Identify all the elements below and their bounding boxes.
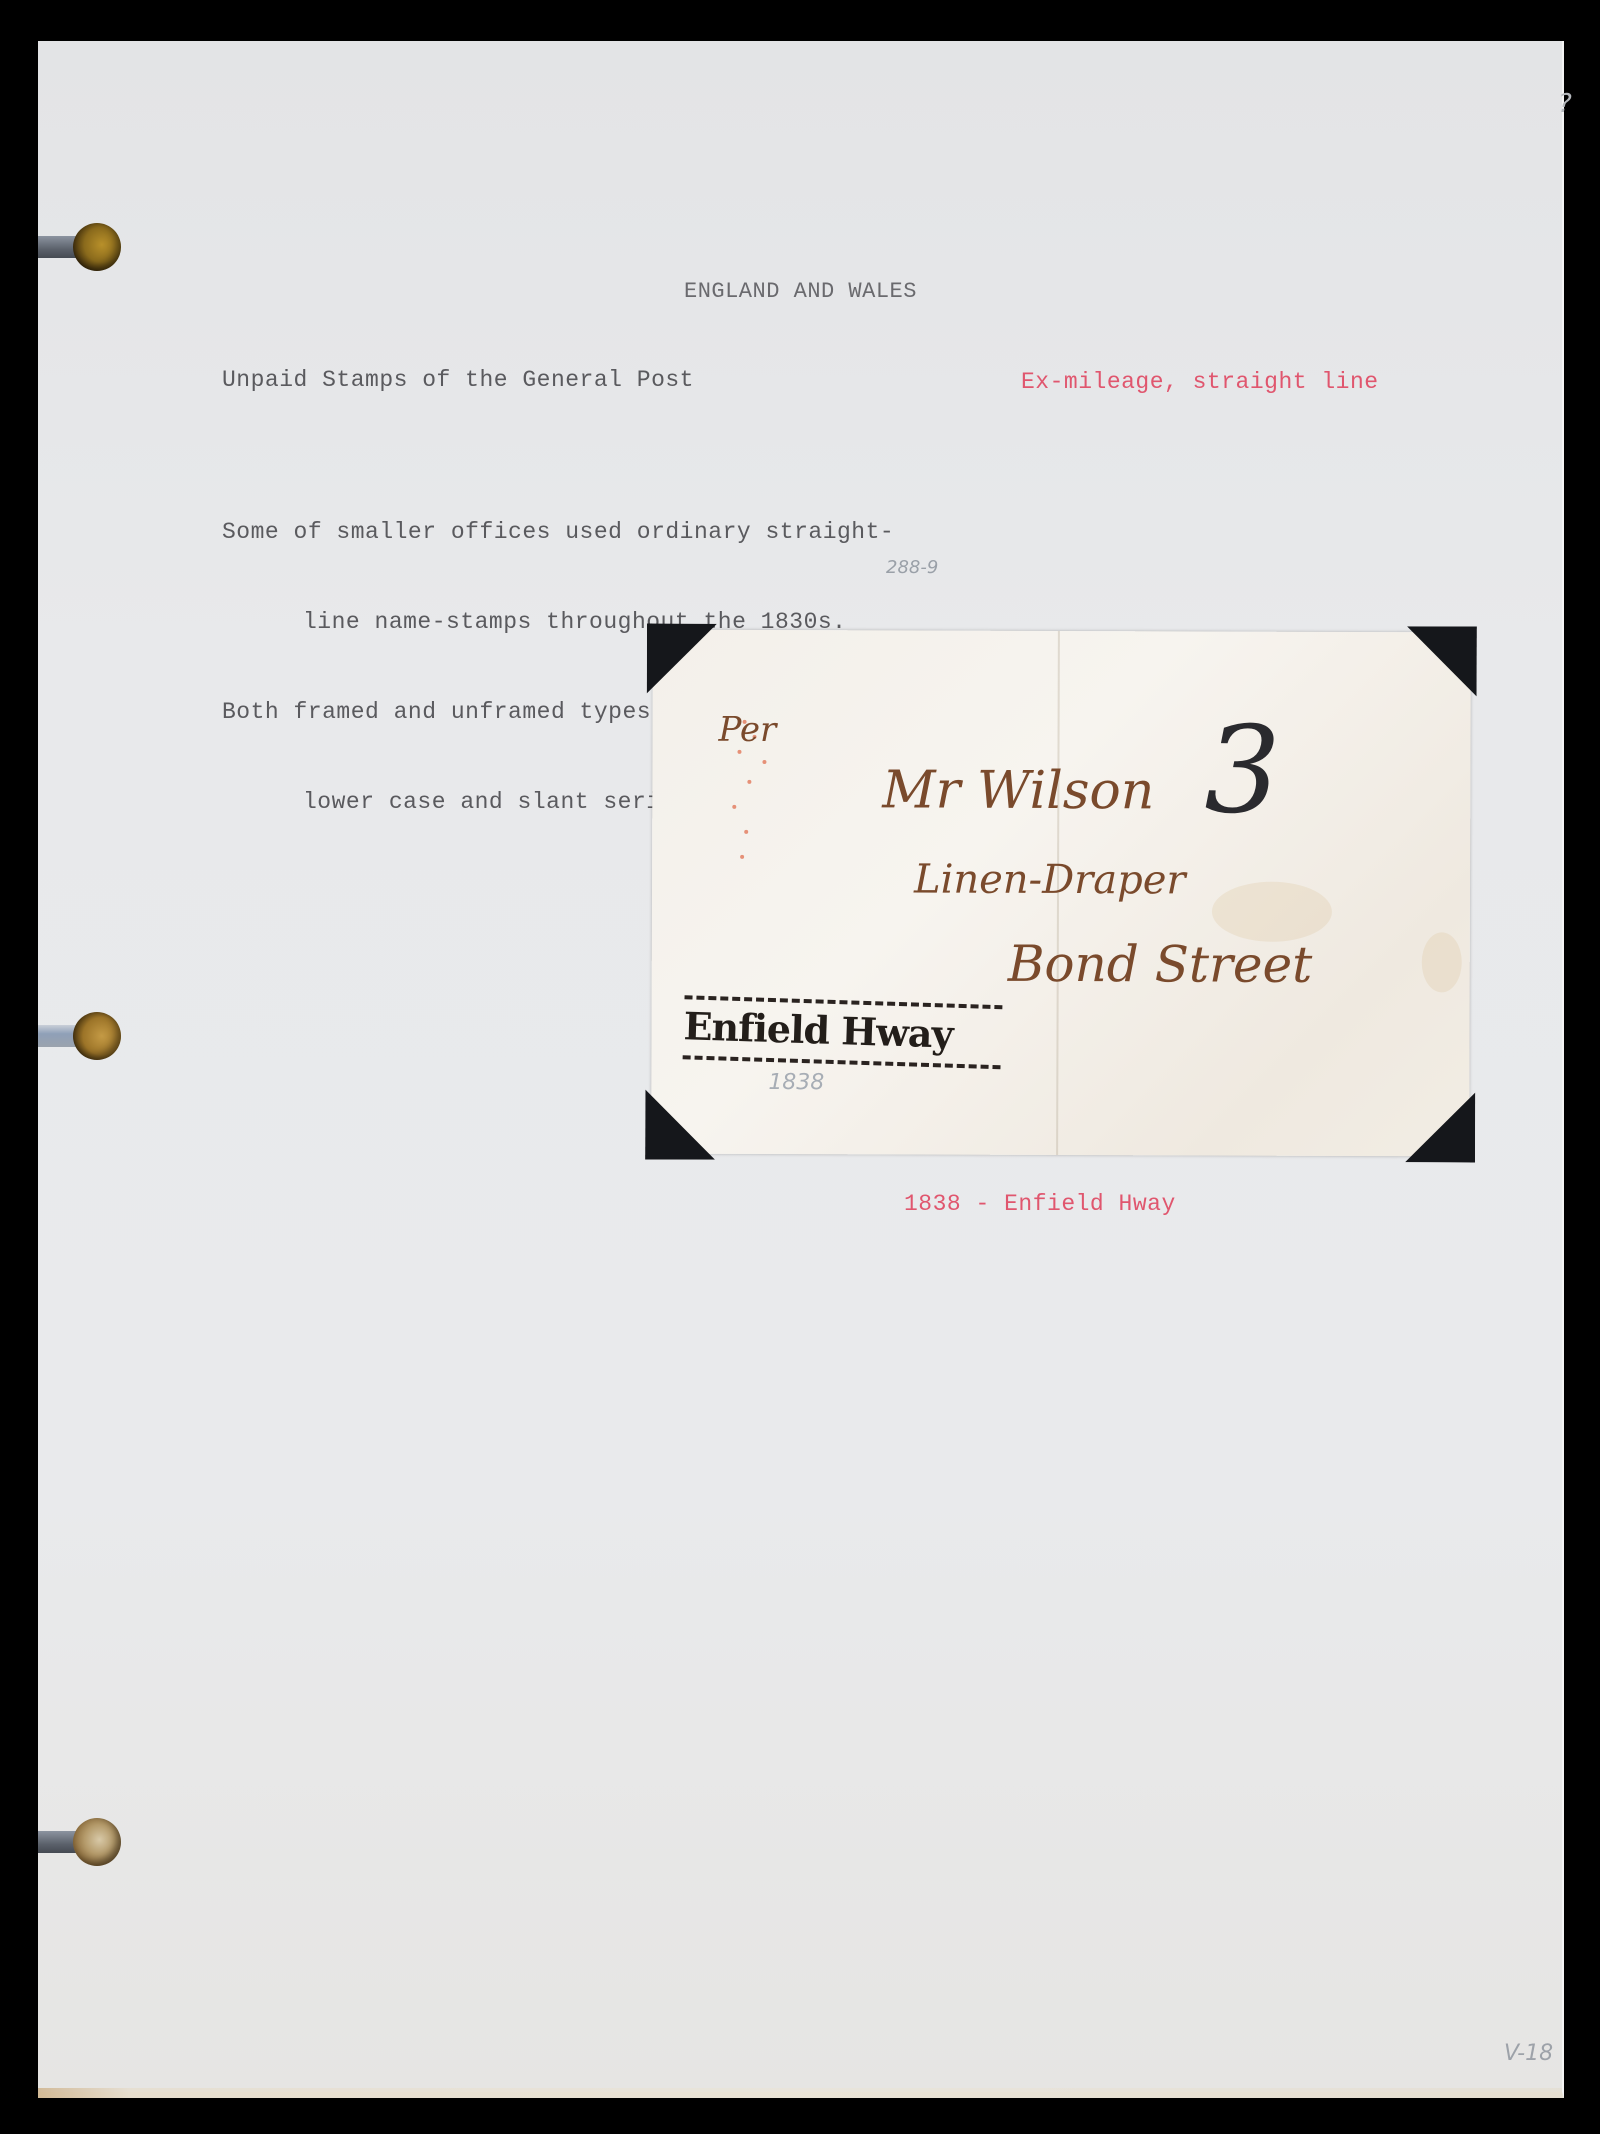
photo-corner-bottom-left	[645, 1090, 715, 1160]
handstamp-text: Enfield Hway	[683, 1003, 953, 1056]
category-label: Ex-mileage, straight line	[1021, 369, 1379, 395]
binder-ring-middle	[38, 1007, 116, 1067]
photo-corner-bottom-right	[1405, 1092, 1475, 1162]
pencil-reference: 288-9	[886, 557, 938, 578]
framed-handstamp: Enfield Hway	[683, 995, 1003, 1069]
manuscript-street: Bond Street	[1008, 935, 1313, 994]
cover-caption: 1838 - Enfield Hway	[904, 1191, 1176, 1217]
binder-ring-top	[38, 218, 116, 278]
page-heading: ENGLAND AND WALES	[684, 279, 917, 304]
album-page: ? ENGLAND AND WALES Unpaid Stamps of the…	[38, 41, 1564, 2098]
page-number: V-18	[1504, 2041, 1553, 2066]
pencil-corner-mark: ?	[1558, 89, 1572, 119]
description-line: Some of smaller offices used ordinary st…	[222, 517, 894, 547]
manuscript-postage-rate: 3	[1204, 702, 1281, 841]
pencil-year: 1838	[768, 1070, 824, 1095]
cover-stain	[1422, 932, 1462, 992]
photo-corner-top-right	[1407, 626, 1477, 696]
cover-stain	[1212, 882, 1332, 942]
page-subtitle: Unpaid Stamps of the General Post	[222, 367, 694, 393]
binder-ring-bottom	[38, 1813, 116, 1873]
manuscript-addressee: Mr Wilson	[882, 760, 1154, 821]
postal-cover: Per Mr Wilson 3 Linen-Draper Bond Street…	[651, 630, 1471, 1157]
manuscript-trade: Linen-Draper	[914, 856, 1186, 903]
photo-corner-top-left	[647, 624, 717, 694]
manuscript-per: Per	[718, 710, 776, 750]
